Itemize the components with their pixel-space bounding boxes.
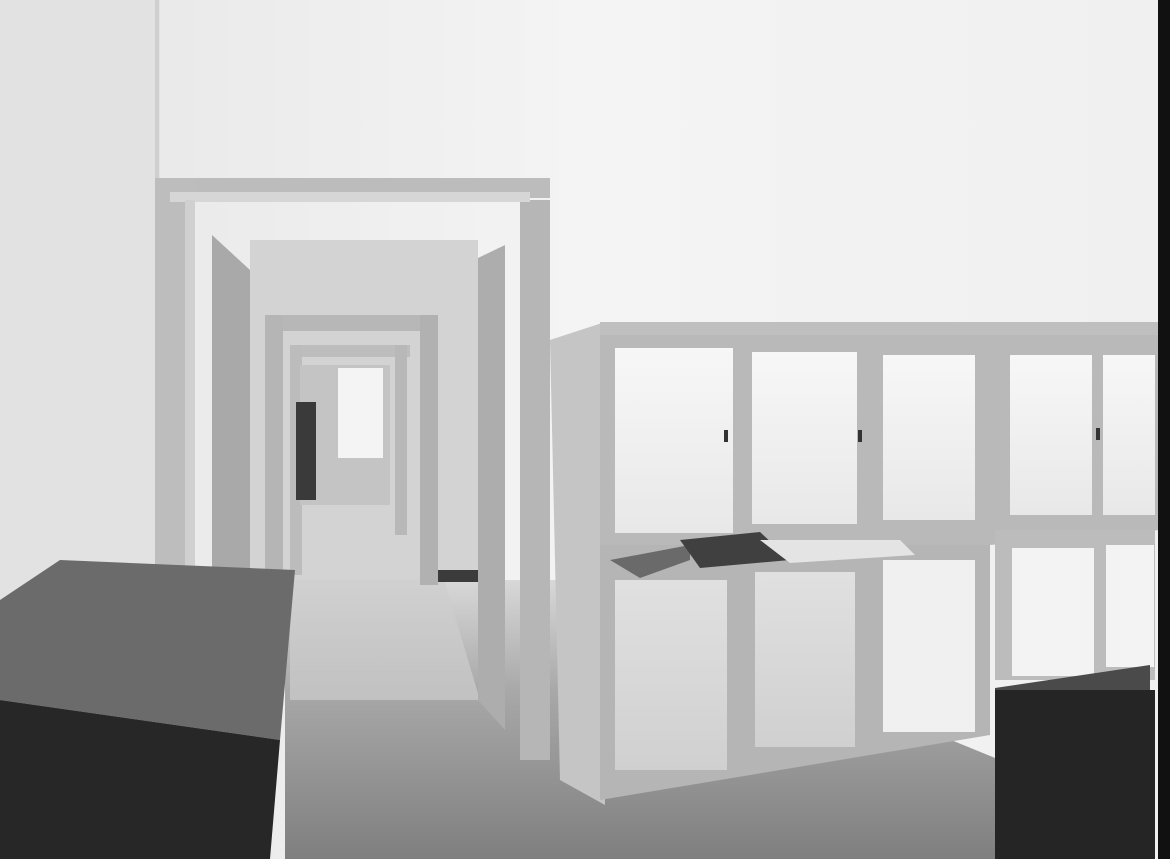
- frame-edge: [1158, 0, 1170, 859]
- left-wall: [0, 0, 160, 600]
- far-furniture: [296, 402, 316, 500]
- dark-desk-left: [0, 560, 295, 859]
- interior-scene: [0, 0, 1170, 859]
- open-door-right: [478, 245, 505, 730]
- open-door-left: [212, 235, 250, 575]
- photograph: [0, 0, 1170, 859]
- far-window: [338, 368, 383, 458]
- dark-desk-right: [995, 665, 1155, 859]
